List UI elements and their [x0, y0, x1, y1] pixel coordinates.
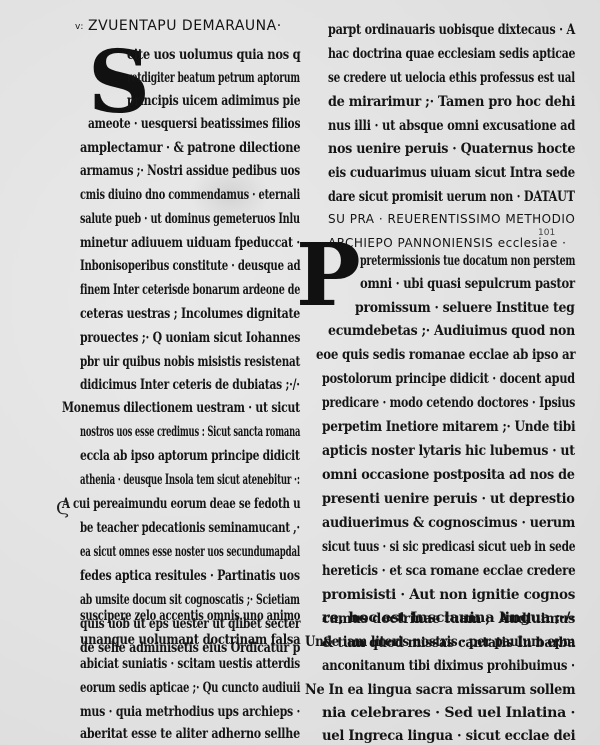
text-line: anconitanum tibi diximus prohibuimus ·: [322, 658, 575, 674]
text-line: promisisti · Aut non ignitie cognos: [322, 587, 575, 603]
text-line: abiciat suniatis · scitam uestis atterdi…: [80, 656, 300, 672]
text-line: omni · ubi quasi sepulcrum pastor: [360, 276, 575, 292]
text-line: mus · quia metrhodius ups archieps ·: [80, 704, 300, 720]
heading-prefix: v:: [75, 22, 84, 32]
rubric-heading: SU PRA · REUERENTISSIMO METHODIO: [328, 212, 575, 226]
text-line: salute pueb · ut dominus gemeteruos Inlu: [80, 211, 300, 227]
text-line: nia celebrares · Sed uel Inlatina ·: [322, 705, 575, 721]
text-line: athenia · deusque Insola tem sicut atene…: [80, 472, 300, 488]
text-line: aberitat esse te aliter adherno sellhe: [80, 726, 300, 742]
text-line: amplectamur · & patrone dilectione: [80, 140, 300, 156]
text-line: audiuerimus & cognoscimus · uerum: [322, 515, 575, 531]
text-line: A cui pereaimundu eorum deae se fedoth u: [62, 496, 300, 512]
text-line: apticis noster lytaris hic lubemus · ut: [322, 443, 575, 459]
text-line: be teacher pdecationis seminamucant ,·: [80, 520, 300, 536]
text-line: omni occasione postposita ad nos de: [322, 467, 575, 483]
text-line: de mirarimur ;· Tamen pro hoc dehi: [328, 94, 575, 110]
text-line: hac doctrina quae ecclesiam sedis aptica…: [328, 46, 575, 62]
text-line: perpetim Inetiore mitarem ;· Unde tibi: [322, 419, 575, 435]
text-line: pbr uir quibus nobis misistis resistenat: [80, 354, 300, 370]
text-line: ceteras uestras ; Incolumes dignitate: [80, 306, 300, 322]
text-line: sicut tuus · si sic predicasi sicut ueb …: [322, 539, 575, 555]
text-line: nos uenire peruis · Quaternus hocte: [328, 141, 575, 157]
text-line: suscipere zelo accentis omnis uno animo: [80, 608, 300, 624]
manuscript-page: 101 v: ZVUENTAPU DEMARAUNA· S cite uos u…: [0, 0, 600, 745]
text-line: cite uos uolumus quia nos q: [127, 47, 300, 63]
text-line: ea sicut omnes esse noster uos secunduma…: [80, 544, 300, 560]
margin-mark: Ϛ: [56, 498, 70, 519]
text-line: parpt ordinauaris uobisque dixtecaus · A: [328, 22, 575, 38]
text-line: eccla ab ipso aptorum principe didicit: [80, 448, 300, 464]
text-line: nostros uos esse credimus : Sicut sancta…: [80, 424, 300, 440]
text-line: principis uicem adimimus pie: [127, 93, 300, 109]
text-line: Ne In ea lingua sacra missarum sollem: [305, 682, 575, 698]
text-line: pretermissionis tue docatum non perstem: [360, 253, 575, 269]
text-line: uel Ingreca lingua · sicut ecclae dei: [322, 728, 575, 744]
text-line: cmis diuino dno commendamus · eternali: [80, 187, 300, 203]
text-line: eis cuduarimus uiuam sicut Intra sede: [328, 165, 575, 181]
text-line: armamus ;· Nostri assidue pedibus uos: [80, 163, 300, 179]
text-line: nus illi · ut absque omni excusatione ad: [328, 118, 575, 134]
text-line: retdigiter beatum petrum aptorum: [127, 70, 300, 86]
text-line: se credere ut uelocia ethis professus es…: [328, 70, 575, 86]
text-line: eorum sedis apticae ;· Qu cuncto audiuii: [80, 680, 300, 696]
text-line: presenti uenire peruis · ut deprestio: [322, 491, 575, 507]
text-line: Inbonisoperibus constitute · deusque ad: [80, 258, 300, 274]
text-line: ameote · uesquersi beatissimes filios: [88, 116, 300, 132]
text-line: unanque uolumant doctrinam falsa: [80, 632, 300, 648]
text-line: ecumdebetas ;· Audiuimus quod non: [328, 323, 575, 339]
decorated-initial-p: P: [296, 233, 361, 319]
rubric-heading: ARCHIEPO PANNONIENSIS ecclesiae ·: [328, 236, 566, 250]
text-line: prouectes ;· Q uoniam sicut Iohannes: [80, 330, 300, 346]
text-line: re, hoc est Insclauina lingua ;·/·: [322, 610, 575, 626]
text-line: dare sicut promisit uerum non · DATAUT: [328, 189, 575, 205]
text-line: fedes aptica resitules · Partinatis uos: [80, 568, 300, 584]
text-line: Unde iam literis nostris · per paulum ep…: [305, 634, 575, 650]
text-line: predicare · modo cetendo doctores · Ipsi…: [322, 395, 575, 411]
text-line: postolorum principe didicit · docent apu…: [322, 371, 575, 387]
text-line: ab umsite docum sit cognoscatis ;· Sciet…: [80, 592, 300, 608]
text-line: Monemus dilectionem uestram · ut sicut: [62, 400, 300, 416]
text-line: minetur adiuuem uiduam fpeduccat ·: [80, 235, 300, 251]
text-line: didicimus Inter ceteris de dubiatas ;·/·: [80, 377, 300, 393]
text-line: finem Inter ceterisde bonarum ardeone de: [80, 282, 300, 298]
text-line: hereticis · et sca romane ecclae credere: [322, 563, 575, 579]
text-line: eoe quis sedis romanae ecclae ab ipso ar: [316, 347, 575, 363]
text-line: promissum · seluere Institue teg: [355, 300, 575, 316]
